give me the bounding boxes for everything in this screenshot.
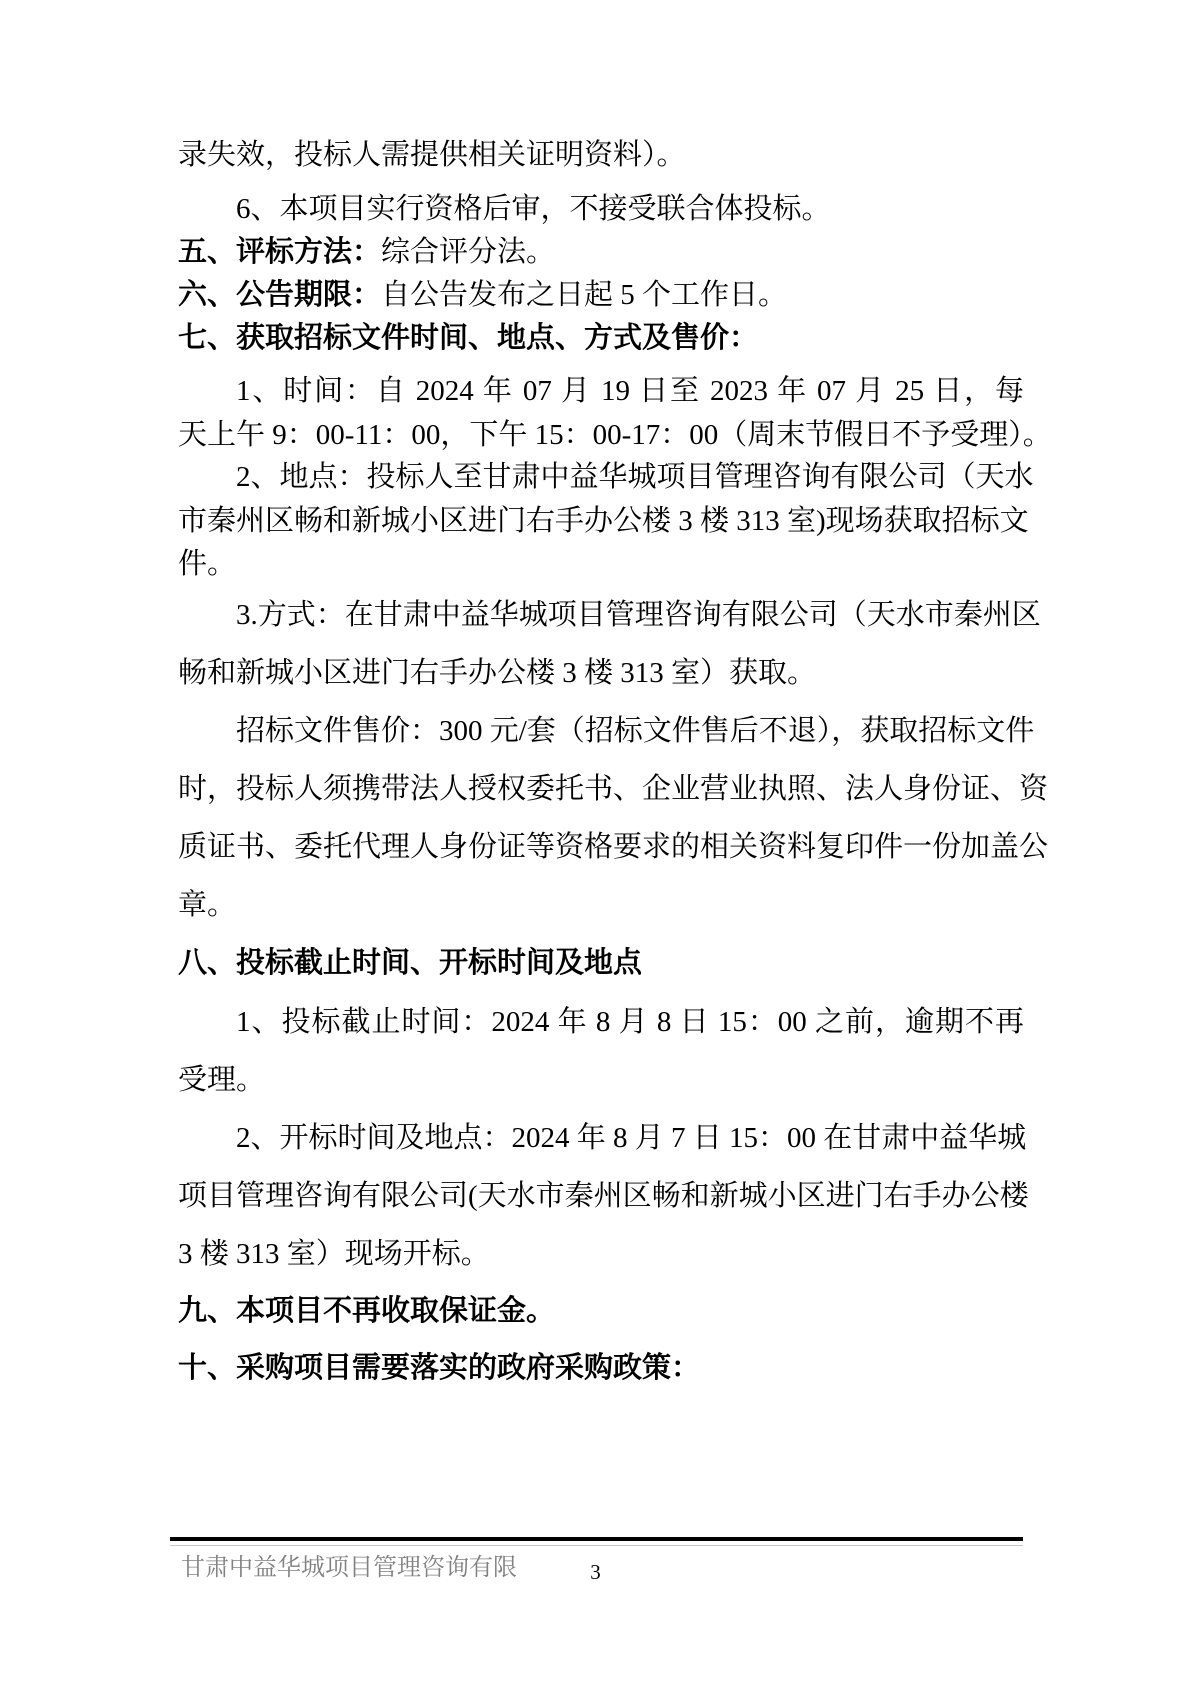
- text-line: 五、评标方法：综合评分法。: [178, 231, 1024, 275]
- text-line: 天上午 9：00-11：00，下午 15：00-17：00（周末节假日不予受理）…: [178, 414, 1024, 458]
- paragraph-continuation: 录失效，投标人需提供相关证明资料）。: [178, 134, 1024, 178]
- text-line: 3 楼 313 室）现场开标。: [178, 1225, 1024, 1283]
- footer-divider: [170, 1537, 1023, 1541]
- text-line: 八、投标截止时间、开标时间及地点: [178, 934, 1024, 992]
- text-line: 六、公告期限：自公告发布之日起 5 个工作日。: [178, 274, 1024, 318]
- text-line: 十、采购项目需要落实的政府采购政策：: [178, 1339, 1024, 1397]
- paragraph-method: 3.方式：在甘肃中益华城项目管理咨询有限公司（天水市秦州区 畅和新城小区进门右手…: [178, 586, 1024, 702]
- text-line: 畅和新城小区进门右手办公楼 3 楼 313 室）获取。: [178, 644, 1024, 702]
- section-heading-text: 综合评分法。: [381, 236, 555, 268]
- section-heading-six: 六、公告期限：自公告发布之日起 5 个工作日。: [178, 274, 1024, 318]
- section-heading-nine: 九、本项目不再收取保证金。: [178, 1282, 1024, 1340]
- paragraph-place: 2、地点：投标人至甘肃中益华城项目管理咨询有限公司（天水 市秦州区畅和新城小区进…: [178, 456, 1024, 587]
- text-line: 章。: [178, 876, 1024, 934]
- text-line: 招标文件售价：300 元/套（招标文件售后不退），获取招标文件: [178, 702, 1024, 760]
- section-heading-eight: 八、投标截止时间、开标时间及地点: [178, 934, 1024, 992]
- text-line: 2、地点：投标人至甘肃中益华城项目管理咨询有限公司（天水: [178, 456, 1024, 500]
- text-line: 1、投标截止时间：2024 年 8 月 8 日 15：00 之前，逾期不再: [178, 993, 1024, 1051]
- text-line: 项目管理咨询有限公司(天水市秦州区畅和新城小区进门右手办公楼: [178, 1167, 1024, 1225]
- paragraph-deadline: 1、投标截止时间：2024 年 8 月 8 日 15：00 之前，逾期不再 受理…: [178, 993, 1024, 1109]
- paragraph-item-6: 6、本项目实行资格后审，不接受联合体投标。: [178, 188, 1024, 232]
- text-line: 九、本项目不再收取保证金。: [178, 1282, 1024, 1340]
- paragraph-time: 1、时间：自 2024 年 07 月 19 日至 2023 年 07 月 25 …: [178, 370, 1024, 457]
- text-line: 质证书、委托代理人身份证等资格要求的相关资料复印件一份加盖公: [178, 818, 1024, 876]
- text-line: 录失效，投标人需提供相关证明资料）。: [178, 134, 1024, 178]
- text-line: 七、获取招标文件时间、地点、方式及售价：: [178, 317, 1024, 361]
- section-heading-label: 六、公告期限：: [178, 279, 381, 311]
- document-page: 录失效，投标人需提供相关证明资料）。 6、本项目实行资格后审，不接受联合体投标。…: [0, 0, 1191, 1684]
- section-heading-text: 自公告发布之日起 5 个工作日。: [381, 279, 787, 311]
- text-line: 3.方式：在甘肃中益华城项目管理咨询有限公司（天水市秦州区: [178, 586, 1024, 644]
- section-heading-label: 五、评标方法：: [178, 236, 381, 268]
- section-heading-seven: 七、获取招标文件时间、地点、方式及售价：: [178, 317, 1024, 361]
- text-line: 件。: [178, 543, 1024, 587]
- paragraph-opening: 2、开标时间及地点：2024 年 8 月 7 日 15：00 在甘肃中益华城 项…: [178, 1109, 1024, 1283]
- text-line: 6、本项目实行资格后审，不接受联合体投标。: [178, 188, 1024, 232]
- text-line: 市秦州区畅和新城小区进门右手办公楼 3 楼 313 室)现场获取招标文: [178, 500, 1024, 544]
- section-heading-ten: 十、采购项目需要落实的政府采购政策：: [178, 1339, 1024, 1397]
- text-line: 受理。: [178, 1051, 1024, 1109]
- text-line: 2、开标时间及地点：2024 年 8 月 7 日 15：00 在甘肃中益华城: [178, 1109, 1024, 1167]
- paragraph-price: 招标文件售价：300 元/套（招标文件售后不退），获取招标文件 时，投标人须携带…: [178, 702, 1024, 934]
- text-line: 时，投标人须携带法人授权委托书、企业营业执照、法人身份证、资: [178, 760, 1024, 818]
- text-line: 1、时间：自 2024 年 07 月 19 日至 2023 年 07 月 25 …: [178, 370, 1024, 414]
- page-number: 3: [0, 1560, 1191, 1585]
- section-heading-five: 五、评标方法：综合评分法。: [178, 231, 1024, 275]
- footer-divider-thin: [170, 1545, 1023, 1546]
